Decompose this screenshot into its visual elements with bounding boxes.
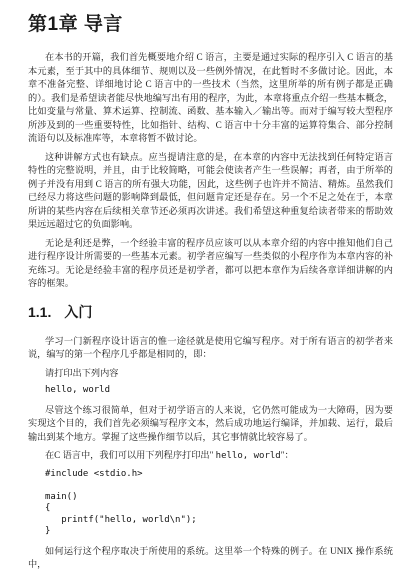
text-segment-suffix: "： — [281, 450, 294, 460]
hello-world-output-line: hello, world — [45, 385, 393, 397]
inline-code-hello-world: hello, world — [216, 451, 281, 461]
section-heading: 1.1.入门 — [28, 303, 393, 321]
code-line-open-brace: { — [45, 503, 393, 515]
code-line-close-brace: } — [45, 526, 393, 538]
text-segment-prefix: 在C 语言中，我们可以用下列程序打印出" — [45, 450, 216, 460]
section-title: 入门 — [64, 304, 92, 320]
code-line-include: #include <stdio.h> — [45, 469, 393, 481]
hello-world-code-block: #include <stdio.h> main() { printf("hell… — [45, 469, 393, 538]
paragraph-print-instruction: 请打印出下列内容 — [28, 367, 393, 381]
section-number: 1.1. — [28, 304, 51, 320]
paragraph-c-program-intro: 在C 语言中，我们可以用下列程序打印出" hello, world"： — [28, 449, 393, 464]
code-line-blank — [45, 480, 393, 492]
intro-paragraph-overview: 在本书的开篇，我们首先概要地介绍 C 语言，主要是通过实际的程序引入 C 语言的… — [28, 51, 393, 146]
code-line-main: main() — [45, 492, 393, 504]
paragraph-run-note: 如何运行这个程序取决于所使用的系统。这里举一个特殊的例子。在 UNIX 操作系统… — [28, 545, 393, 572]
paragraph-exercise-note: 尽管这个练习很简单，但对于初学语言的人来说，它仍然可能成为一大障碍，因为要实现这… — [28, 404, 393, 445]
intro-paragraph-audience: 无论是利还是弊，一个经验丰富的程序员应该可以从本章介绍的内容中推知他们自己进行程… — [28, 237, 393, 291]
chapter-title: 第1章 导言 — [28, 12, 393, 38]
paragraph-learning: 学习一门新程序设计语言的惟一途径就是使用它编写程序。对于所有语言的初学者来说，编… — [28, 335, 393, 362]
intro-paragraph-drawbacks: 这种讲解方式也有缺点。应当提请注意的是，在本章的内容中无法找到任何特定语言特性的… — [28, 151, 393, 232]
code-line-printf: printf("hello, world\n"); — [45, 515, 393, 527]
document-page: 第1章 导言 在本书的开篇，我们首先概要地介绍 C 语言，主要是通过实际的程序引… — [0, 0, 418, 586]
